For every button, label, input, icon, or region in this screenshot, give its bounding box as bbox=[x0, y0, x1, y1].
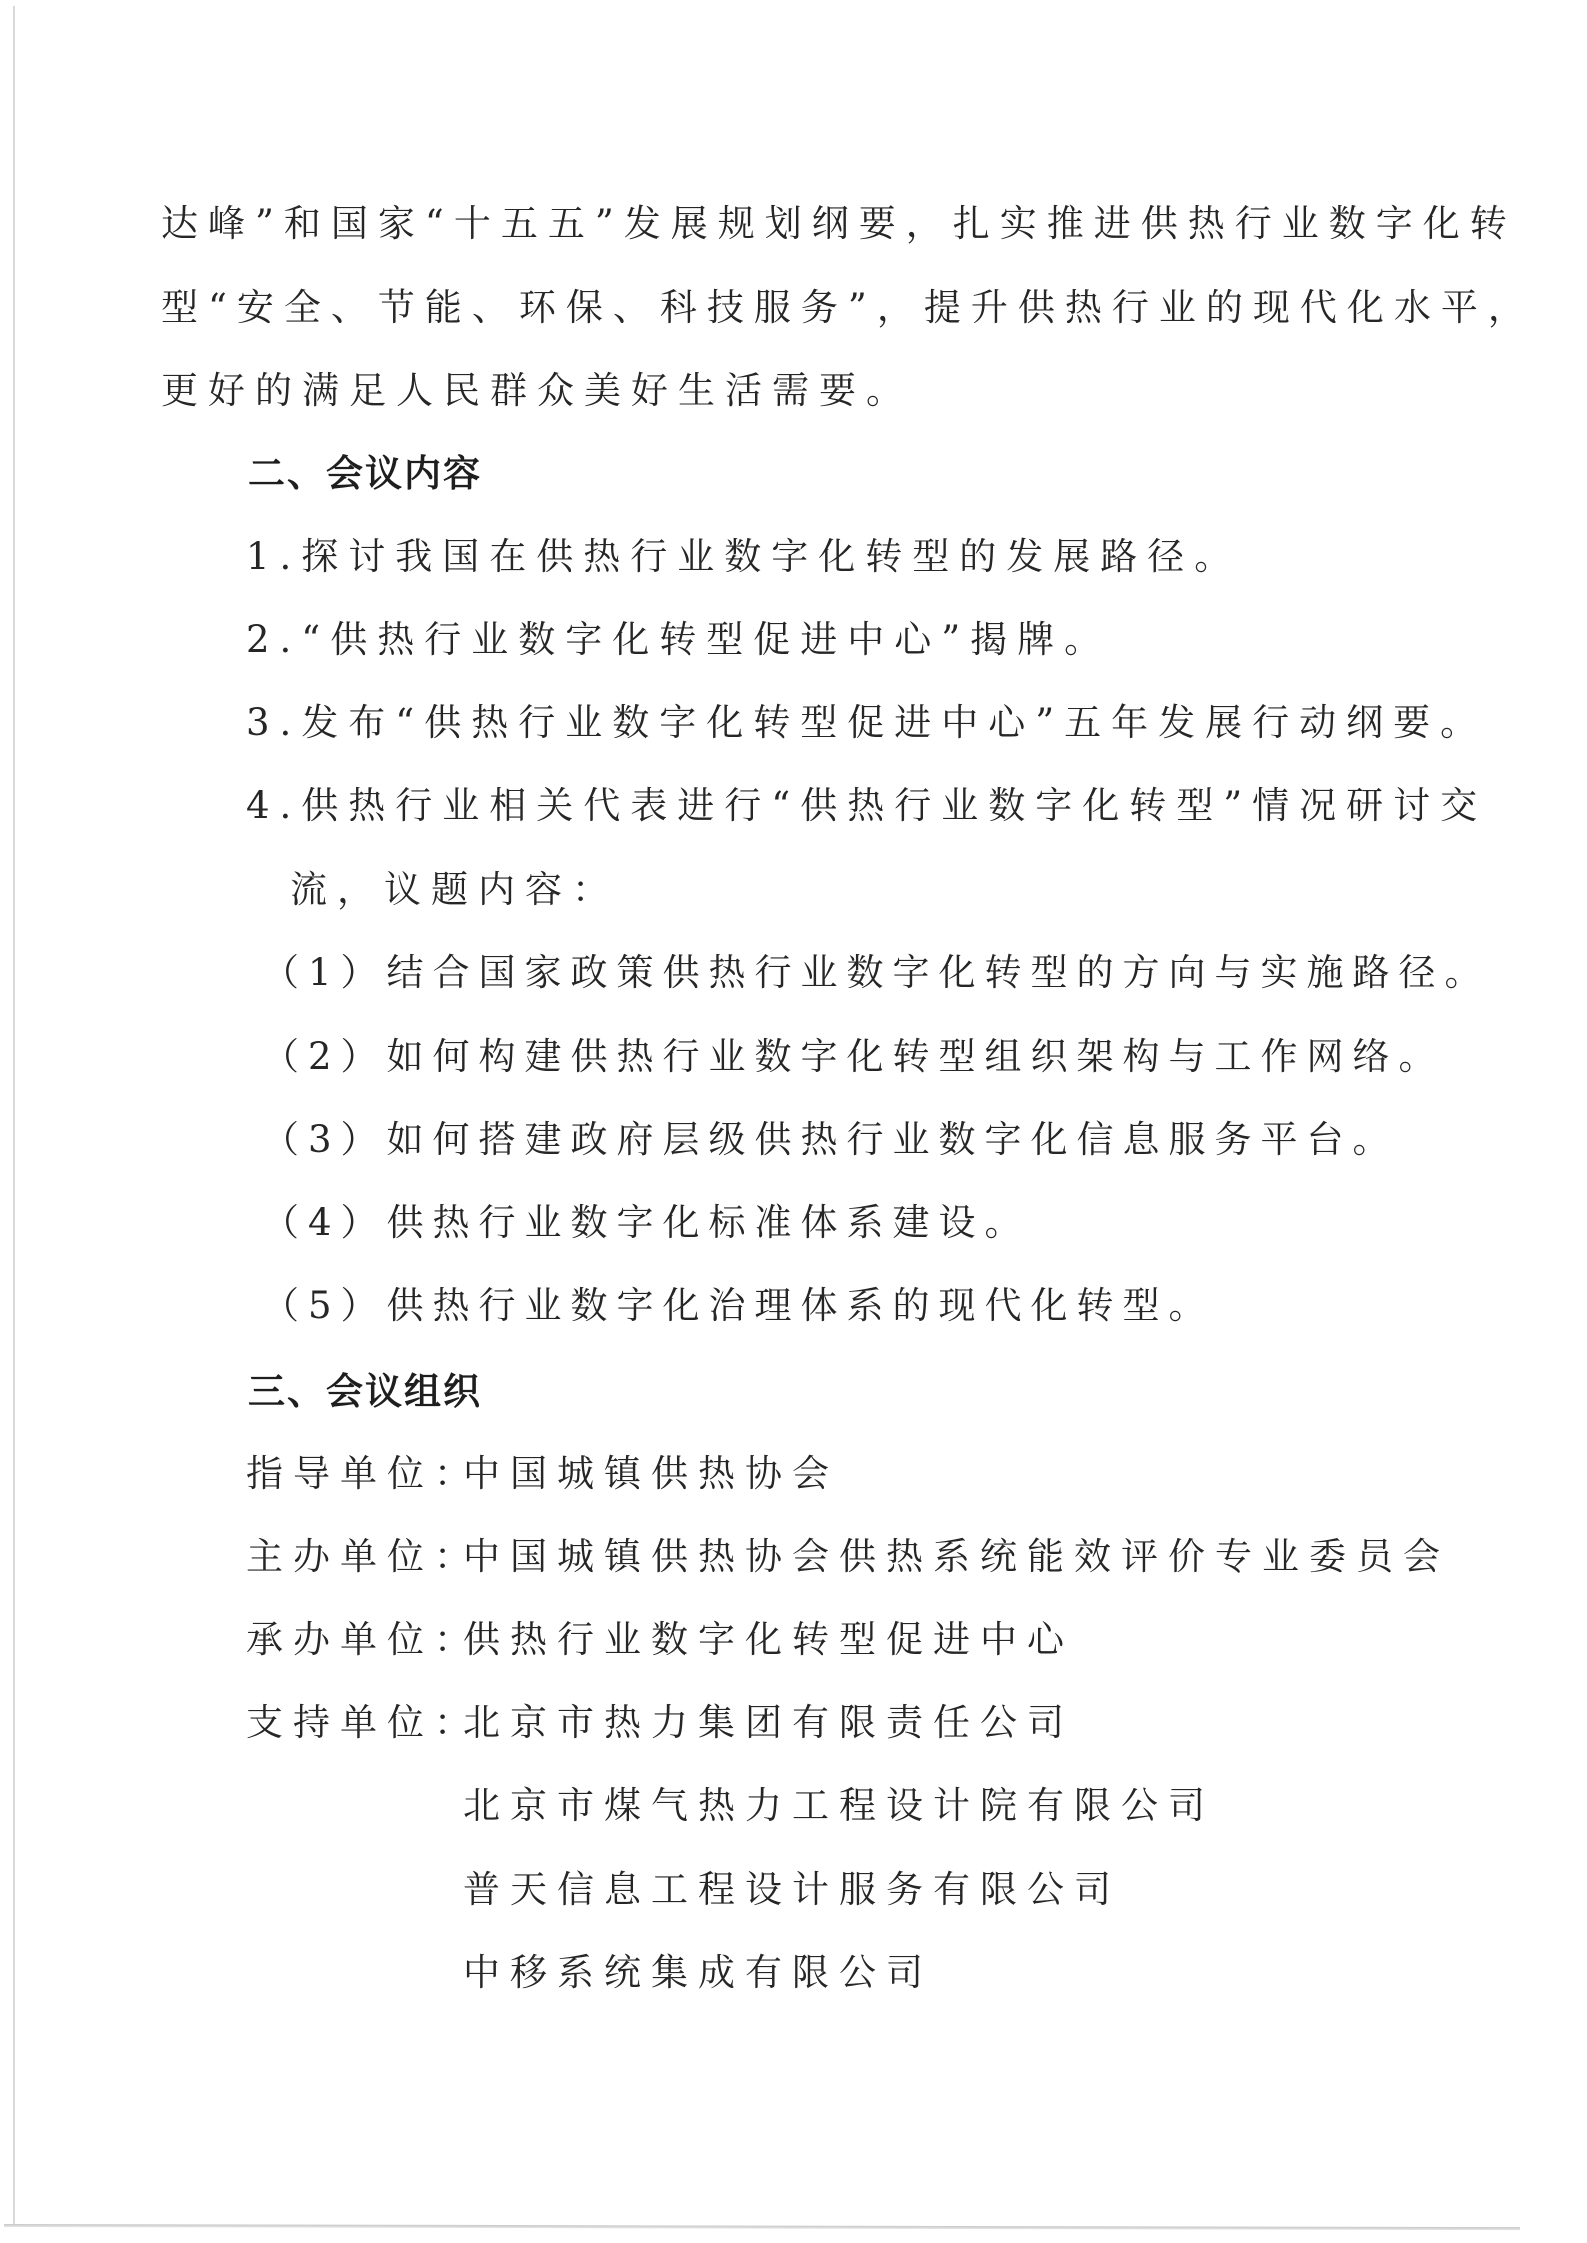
org-value: 中国城镇供热协会 bbox=[463, 1452, 839, 1496]
section-heading-meeting-organization: 三、会议组织 bbox=[248, 1370, 482, 1414]
org-value: 北京市热力集团有限责任公司 bbox=[463, 1701, 1074, 1745]
support-unit-3: 普天信息工程设计服务有限公司 bbox=[463, 1868, 1121, 1912]
org-label: 主办单位： bbox=[246, 1535, 463, 1579]
topic-item-5: （5）供热行业数字化治理体系的现代化转型。 bbox=[262, 1284, 1215, 1328]
org-label: 指导单位： bbox=[246, 1452, 463, 1496]
intro-line-2: 型“安全、节能、环保、科技服务”，提升供热行业的现代化水平， bbox=[161, 286, 1535, 330]
topic-item-4: （4）供热行业数字化标准体系建设。 bbox=[262, 1201, 1031, 1245]
content-item-4: 4.供热行业相关代表进行“供热行业数字化转型”情况研讨交 bbox=[246, 784, 1487, 828]
org-row-host-unit: 主办单位： 中国城镇供热协会供热系统能效评价专业委员会 bbox=[246, 1535, 463, 1579]
org-label: 支持单位： bbox=[246, 1701, 463, 1745]
org-label: 承办单位： bbox=[246, 1618, 463, 1662]
org-value: 供热行业数字化转型促进中心 bbox=[463, 1618, 1074, 1662]
topic-item-3: （3）如何搭建政府层级供热行业数字化信息服务平台。 bbox=[262, 1118, 1399, 1162]
scan-edge-bottom bbox=[4, 2224, 1520, 2230]
org-row-support-unit: 支持单位： 北京市热力集团有限责任公司 bbox=[246, 1701, 463, 1745]
scan-edge-left bbox=[13, 6, 15, 2226]
content-item-3: 3.发布“供热行业数字化转型促进中心”五年发展行动纲要。 bbox=[246, 701, 1487, 745]
topic-item-2: （2）如何构建供热行业数字化转型组织架构与工作网络。 bbox=[262, 1035, 1445, 1079]
intro-line-1: 达峰”和国家“十五五”发展规划纲要，扎实推进供热行业数字化转 bbox=[161, 202, 1517, 246]
content-item-1: 1.探讨我国在供热行业数字化转型的发展路径。 bbox=[246, 535, 1241, 579]
content-item-2: 2.“供热行业数字化转型促进中心”揭牌。 bbox=[246, 618, 1111, 662]
document-page: 达峰”和国家“十五五”发展规划纲要，扎实推进供热行业数字化转 型“安全、节能、环… bbox=[0, 0, 1587, 2243]
content-item-4-continuation: 流，议题内容： bbox=[290, 868, 619, 912]
topic-item-1: （1）结合国家政策供热行业数字化转型的方向与实施路径。 bbox=[262, 951, 1491, 995]
support-unit-4: 中移系统集成有限公司 bbox=[463, 1951, 933, 1995]
section-heading-meeting-content: 二、会议内容 bbox=[248, 452, 482, 496]
org-row-organizer-unit: 承办单位： 供热行业数字化转型促进中心 bbox=[246, 1618, 463, 1662]
org-value: 中国城镇供热协会供热系统能效评价专业委员会 bbox=[463, 1535, 1450, 1579]
support-unit-2: 北京市煤气热力工程设计院有限公司 bbox=[463, 1784, 1215, 1828]
intro-line-3: 更好的满足人民群众美好生活需要。 bbox=[161, 369, 913, 413]
org-row-guiding-unit: 指导单位： 中国城镇供热协会 bbox=[246, 1452, 463, 1496]
